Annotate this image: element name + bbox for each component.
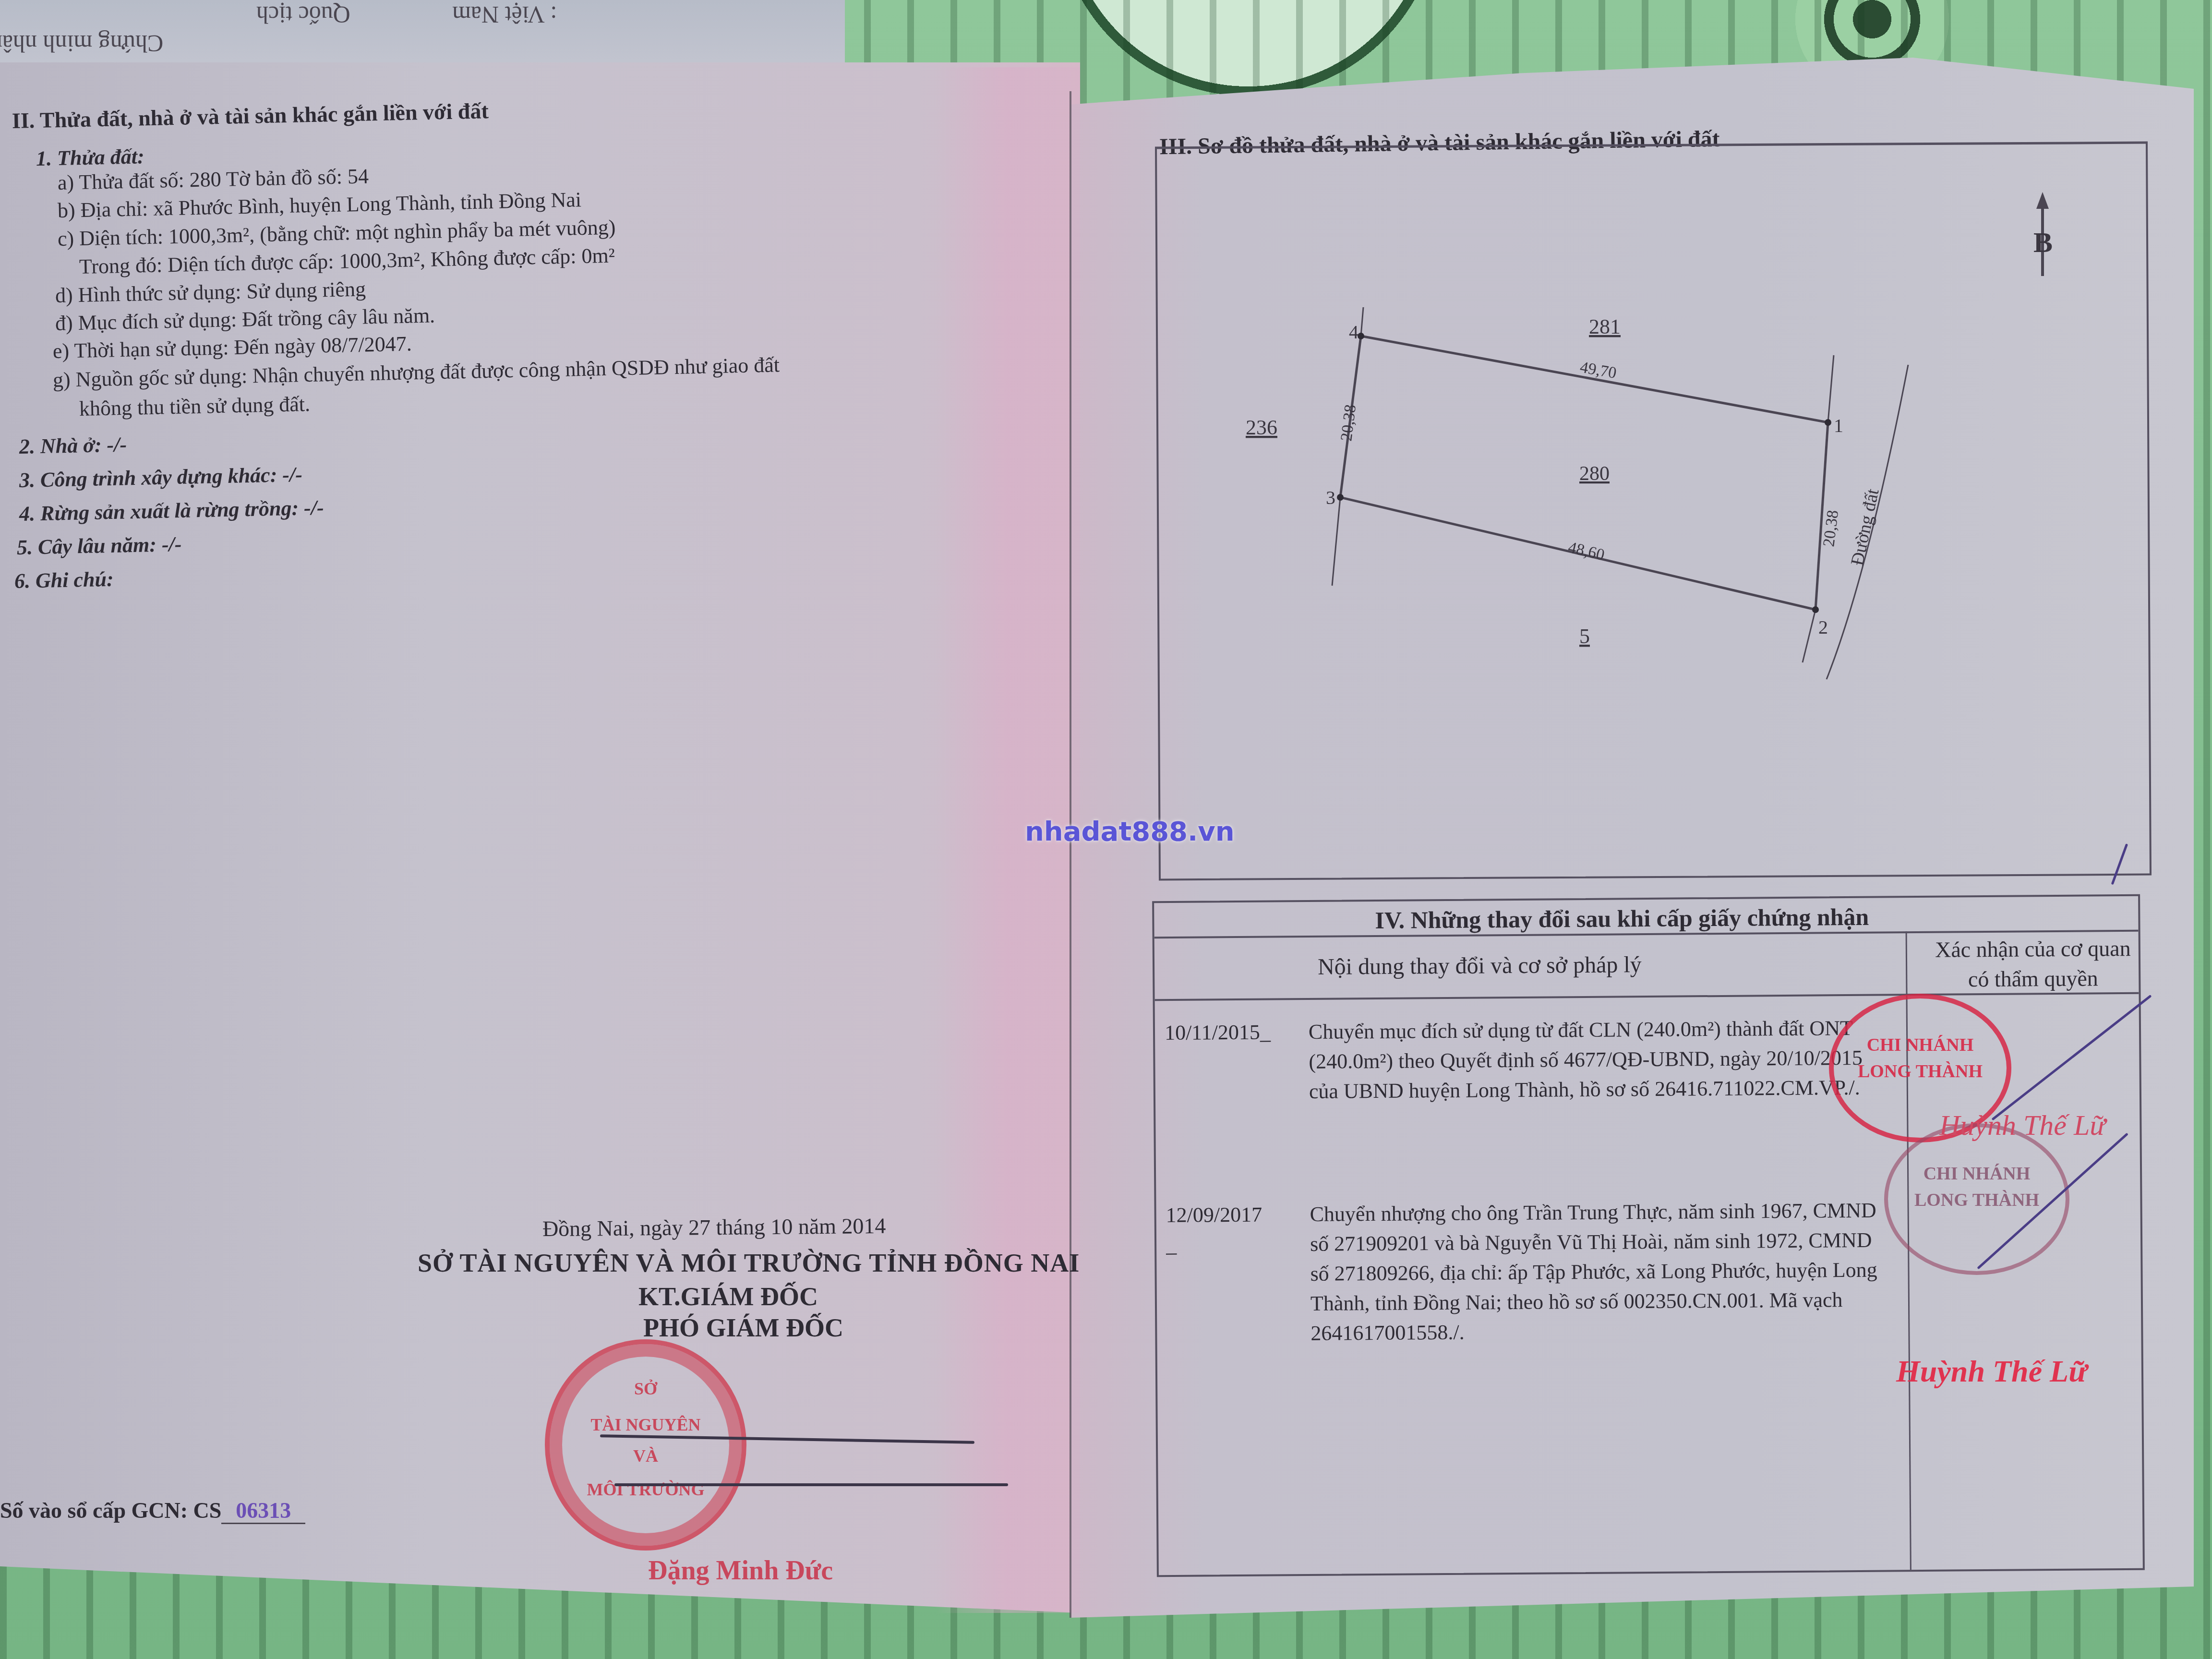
svg-text:3: 3 bbox=[1326, 487, 1335, 508]
svg-text:20,38: 20,38 bbox=[1337, 404, 1359, 442]
signer-title-1: KT.GIÁM ĐỐC bbox=[638, 1282, 818, 1311]
svg-text:280: 280 bbox=[1579, 463, 1610, 485]
svg-text:2: 2 bbox=[1818, 616, 1828, 638]
registry-value: 06313 bbox=[221, 1498, 305, 1524]
nationality-value: : Việt Nam bbox=[452, 1, 557, 29]
issue-date-line: Đồng Nai, ngày 27 tháng 10 năm 2014 bbox=[542, 1213, 886, 1241]
svg-text:B: B bbox=[2033, 227, 2053, 258]
registry-number-line: Số vào sổ cấp GCN: CS06313 bbox=[0, 1498, 305, 1523]
changes-table-header: Nội dung thay đổi và cơ sở pháp lý Xác n… bbox=[1154, 930, 2139, 1001]
id-card-line: Chứng minh nhân dân số : 271 809 266 cấp… bbox=[0, 30, 163, 58]
nationality-label: Quốc tịch bbox=[256, 1, 350, 29]
svg-text:281: 281 bbox=[1589, 315, 1621, 338]
svg-text:Đường đất: Đường đất bbox=[1847, 487, 1883, 567]
entry-date: 12/09/2017 _ bbox=[1166, 1200, 1262, 1260]
svg-text:1: 1 bbox=[1834, 415, 1843, 436]
official-name-2: Huỳnh Thế Lữ bbox=[1896, 1354, 2087, 1389]
issuing-organization: SỞ TÀI NGUYÊN VÀ MÔI TRƯỜNG TỈNH ĐỒNG NA… bbox=[418, 1248, 1080, 1278]
signature-underline bbox=[614, 1483, 1008, 1486]
signer-name: Đặng Minh Đức bbox=[648, 1555, 833, 1586]
entry-date: 10/11/2015_ bbox=[1165, 1017, 1271, 1048]
origin-line-2: không thu tiền sử dụng đất. bbox=[79, 392, 310, 421]
svg-text:20,38: 20,38 bbox=[1820, 509, 1842, 548]
svg-text:236: 236 bbox=[1246, 416, 1277, 439]
column-header-content: Nội dung thay đổi và cơ sở pháp lý bbox=[1318, 951, 1642, 980]
registry-label: Số vào sổ cấp GCN: CS bbox=[0, 1498, 221, 1523]
land-heading: 1. Thửa đất: bbox=[36, 144, 144, 171]
page-fold bbox=[1070, 91, 1071, 1618]
parcel-diagram: B 4 1 2 3 281 236 5 280 49,70 48,60 20,3… bbox=[1157, 144, 2146, 874]
signer-title-2: PHÓ GIÁM ĐỐC bbox=[643, 1313, 843, 1343]
official-name-1: Huỳnh Thế Lữ bbox=[1939, 1109, 2105, 1142]
branch-stamp-2: CHI NHÁNH LONG THÀNH bbox=[1884, 1123, 2069, 1275]
svg-text:5: 5 bbox=[1579, 625, 1590, 648]
site-watermark: nhadat888.vn bbox=[1025, 816, 1235, 847]
section-4-title: IV. Những thay đổi sau khi cấp giấy chứn… bbox=[1375, 903, 1869, 934]
entry-text: Chuyển nhượng cho ông Trần Trung Thực, n… bbox=[1310, 1196, 1887, 1348]
svg-text:48,60: 48,60 bbox=[1566, 539, 1606, 564]
svg-text:4: 4 bbox=[1349, 321, 1358, 343]
upside-down-page-strip: Chứng minh nhân dân số : 271 809 266 cấp… bbox=[0, 0, 845, 72]
house-line: 2. Nhà ở: -/- bbox=[19, 432, 127, 459]
perennial-line: 5. Cây lâu năm: -/- bbox=[16, 532, 181, 560]
column-header-confirmation: Xác nhận của cơ quan có thẩm quyền bbox=[1927, 934, 2139, 995]
entry-text: Chuyển mục đích sử dụng từ đất CLN (240.… bbox=[1309, 1013, 1885, 1106]
department-seal: SỞ TÀI NGUYÊN VÀ MÔI TRƯỜNG bbox=[545, 1339, 746, 1551]
notes-line: 6. Ghi chú: bbox=[14, 567, 114, 593]
